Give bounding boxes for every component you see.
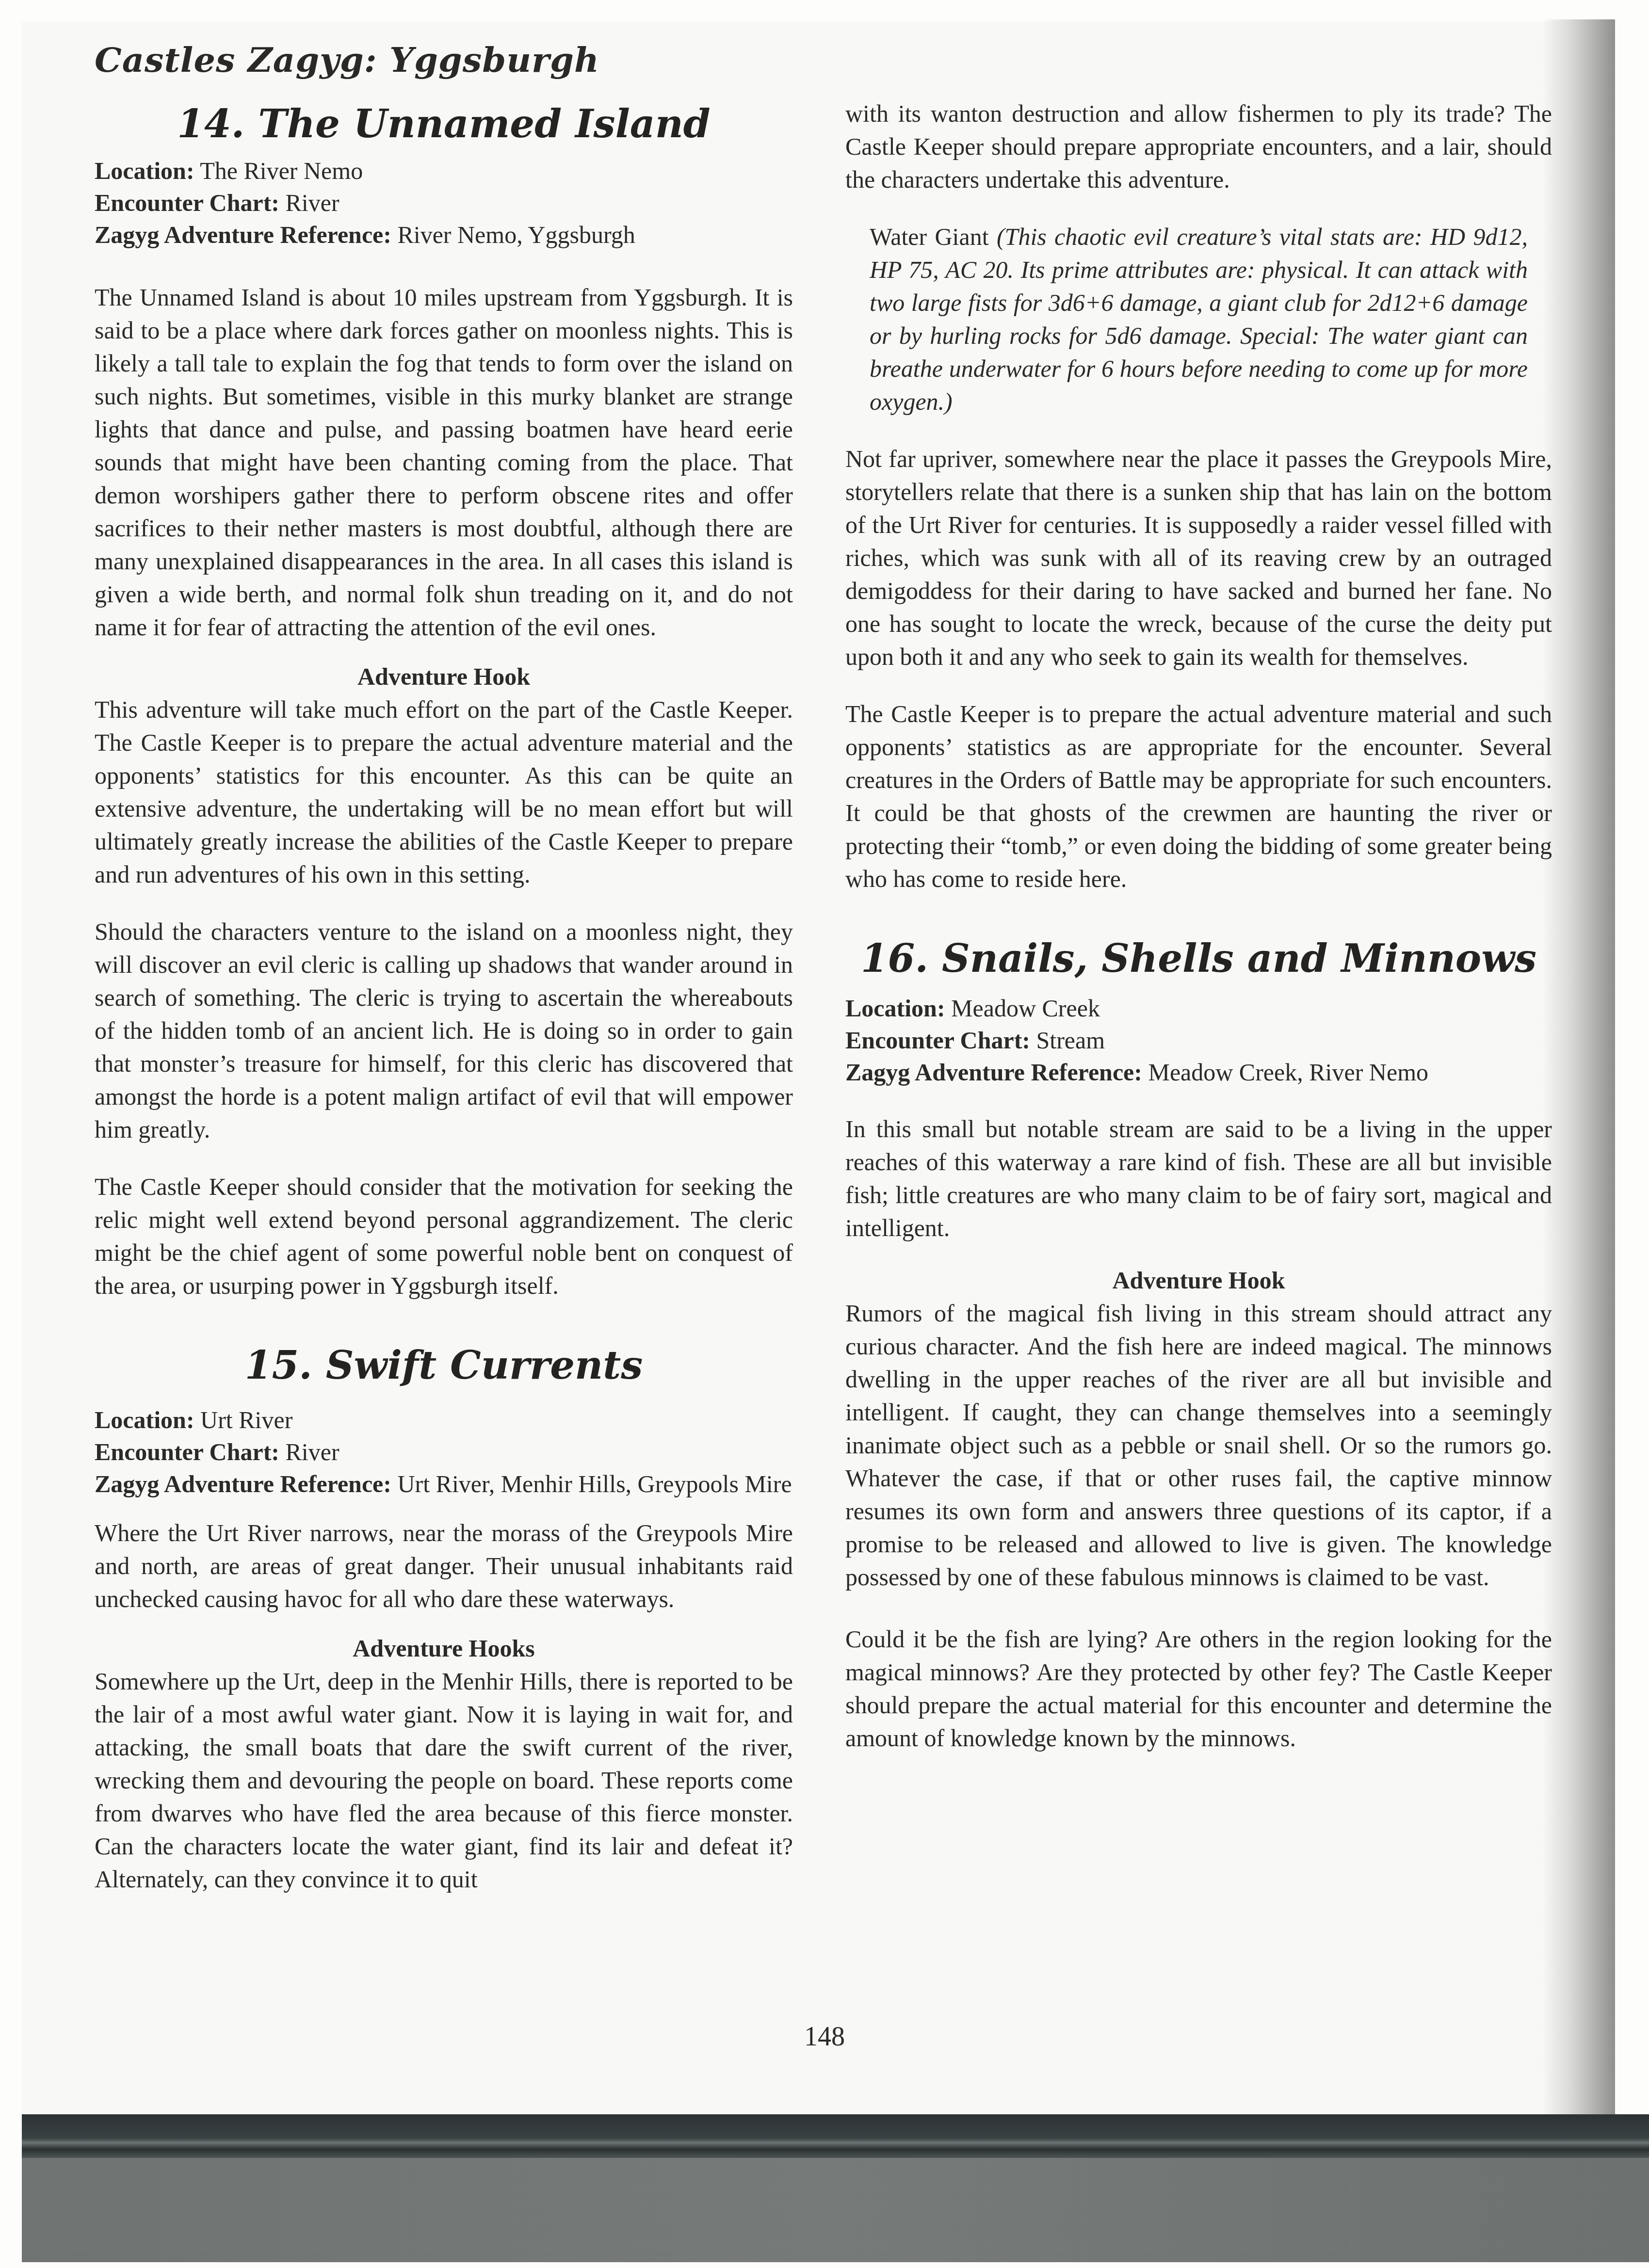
section-title-14: 14. The Unnamed Island xyxy=(95,99,793,148)
stat-block-name: Water Giant xyxy=(870,223,989,250)
meta-label: Location: xyxy=(95,1406,194,1433)
running-header: Castles Zagyg: Yggsburgh xyxy=(95,40,599,80)
meta-value: The River Nemo xyxy=(200,157,363,184)
meta-value: Urt River xyxy=(200,1406,292,1433)
section-title-15: 15. Swift Currents xyxy=(95,1341,793,1389)
sub-heading: Adventure Hook xyxy=(95,660,793,693)
paragraph: Rumors of the magical fish living in thi… xyxy=(845,1297,1552,1593)
right-column: with its wanton destruction and allow fi… xyxy=(845,97,1552,1754)
paragraph: The Castle Keeper is to prepare the actu… xyxy=(845,697,1552,895)
paragraph: Somewhere up the Urt, deep in the Menhir… xyxy=(95,1665,793,1896)
meta-label: Location: xyxy=(95,157,194,184)
stat-block: Water Giant (This chaotic evil creature’… xyxy=(845,220,1552,418)
paragraph: In this small but notable stream are sai… xyxy=(845,1112,1552,1244)
paragraph: This adventure will take much effort on … xyxy=(95,693,793,891)
page-gutter-shadow xyxy=(1542,19,1615,2119)
sub-heading: Adventure Hooks xyxy=(95,1632,793,1665)
meta-location: Location: Meadow Creek xyxy=(845,992,1552,1024)
meta-label: Location: xyxy=(845,995,945,1022)
section-title-16: 16. Snails, Shells and Minnows xyxy=(845,934,1552,982)
paragraph: Where the Urt River narrows, near the mo… xyxy=(95,1516,793,1615)
meta-encounter-chart: Encounter Chart: River xyxy=(95,1436,793,1468)
meta-label: Encounter Chart: xyxy=(95,1438,279,1465)
sub-heading: Adventure Hook xyxy=(845,1264,1552,1297)
meta-location: Location: Urt River xyxy=(95,1404,793,1436)
meta-location: Location: The River Nemo xyxy=(95,155,793,187)
meta-value: Urt River, Menhir Hills, Greypools Mire xyxy=(397,1470,792,1497)
meta-label: Encounter Chart: xyxy=(95,189,279,216)
paragraph: Should the characters venture to the isl… xyxy=(95,915,793,1146)
page-number: 148 xyxy=(795,2021,854,2052)
meta-label: Zagyg Adventure Reference: xyxy=(95,221,391,248)
stat-block-stats: (This chaotic evil creature’s vital stat… xyxy=(870,223,1528,415)
meta-label: Zagyg Adventure Reference: xyxy=(845,1059,1142,1086)
meta-value: Meadow Creek, River Nemo xyxy=(1148,1059,1428,1086)
paragraph-continued: with its wanton destruction and allow fi… xyxy=(845,97,1552,196)
meta-reference: Zagyg Adventure Reference: Meadow Creek,… xyxy=(845,1056,1552,1088)
meta-reference: Zagyg Adventure Reference: River Nemo, Y… xyxy=(95,219,793,251)
meta-value: Meadow Creek xyxy=(951,995,1100,1022)
paragraph: The Unnamed Island is about 10 miles ups… xyxy=(95,281,793,643)
scanner-background xyxy=(22,2158,1649,2262)
meta-encounter-chart: Encounter Chart: Stream xyxy=(845,1024,1552,1056)
meta-value: River xyxy=(286,1438,339,1465)
left-column: 14. The Unnamed Island Location: The Riv… xyxy=(95,99,793,1896)
meta-value: Stream xyxy=(1036,1027,1105,1054)
meta-label: Zagyg Adventure Reference: xyxy=(95,1470,391,1497)
page-edge xyxy=(1615,19,1649,2119)
meta-value: River Nemo, Yggsburgh xyxy=(397,221,635,248)
scanner-edge-band xyxy=(22,2114,1649,2158)
paragraph: Not far upriver, somewhere near the plac… xyxy=(845,442,1552,673)
meta-value: River xyxy=(286,189,339,216)
paragraph: The Castle Keeper should consider that t… xyxy=(95,1170,793,1302)
meta-reference: Zagyg Adventure Reference: Urt River, Me… xyxy=(95,1468,793,1500)
paragraph: Could it be the fish are lying? Are othe… xyxy=(845,1623,1552,1754)
meta-label: Encounter Chart: xyxy=(845,1027,1030,1054)
meta-encounter-chart: Encounter Chart: River xyxy=(95,187,793,219)
